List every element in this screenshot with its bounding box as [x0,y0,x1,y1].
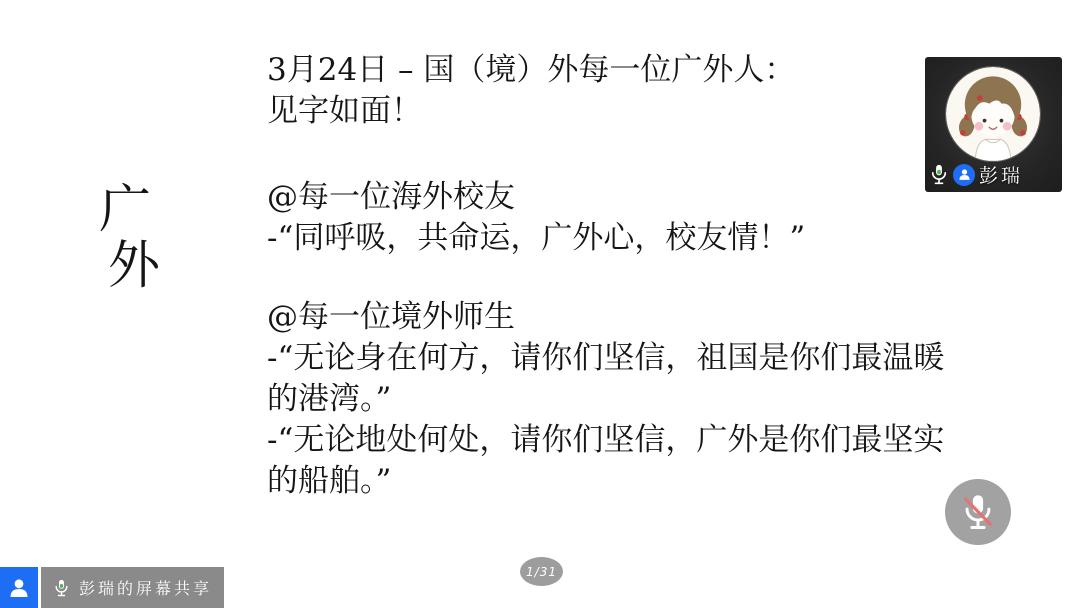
vertical-title-char: 外 [108,238,160,294]
person-icon [7,576,31,600]
participant-name: 彭瑞 [979,161,1023,188]
meeting-screen-share-view: 广 外 3月24日 – 国（境）外每一位广外人： 见字如面！ @每一位海外校友 … [0,0,1080,608]
share-participants-button[interactable] [0,567,38,608]
slide-text-line: 3月24日 – 国（境）外每一位广外人： [267,50,795,91]
mic-active-icon [929,162,949,187]
slide-paragraph-students: @每一位境外师生 -“无论身在何方，请你们坚信，祖国是你们最温暖 的港湾。” -… [267,297,944,502]
participant-avatar [946,67,1040,161]
mic-muted-icon [960,493,996,531]
slide-text-line: @每一位海外校友 [267,177,805,218]
slide-text-line: 见字如面！ [267,91,795,132]
slide-text-line: -“无论身在何方，请你们坚信，祖国是你们最温暖 [267,338,944,379]
slide-text-line: 的船舶。” [267,461,944,502]
vertical-title-char: 广 [99,182,160,238]
slide-text-line: @每一位境外师生 [267,297,944,338]
cartoon-girl-avatar [946,67,1040,161]
person-icon [957,167,972,182]
slide-text-line: -“无论地处何处，请你们坚信，广外是你们最坚实 [267,420,944,461]
mic-active-icon [53,577,70,599]
slide-vertical-title: 广 外 [99,182,160,294]
screen-share-bar[interactable]: 彭瑞的屏幕共享 [0,567,224,608]
slide-page-indicator: 1/31 [520,557,563,586]
mute-toggle-button[interactable] [945,479,1011,545]
page-number: 1/31 [526,565,557,579]
participant-status-row: 彭瑞 [929,161,1023,188]
slide-text-line: 的港湾。” [267,379,944,420]
slide-paragraph-alumni: @每一位海外校友 -“同呼吸，共命运，广外心，校友情！” [267,177,805,259]
participant-role-badge [953,164,975,186]
share-status: 彭瑞的屏幕共享 [41,567,224,608]
participant-thumbnail[interactable]: 彭瑞 [925,57,1062,192]
share-status-label: 彭瑞的屏幕共享 [79,576,212,599]
slide-paragraph-greeting: 3月24日 – 国（境）外每一位广外人： 见字如面！ [267,50,795,132]
slide-text-line: -“同呼吸，共命运，广外心，校友情！” [267,218,805,259]
